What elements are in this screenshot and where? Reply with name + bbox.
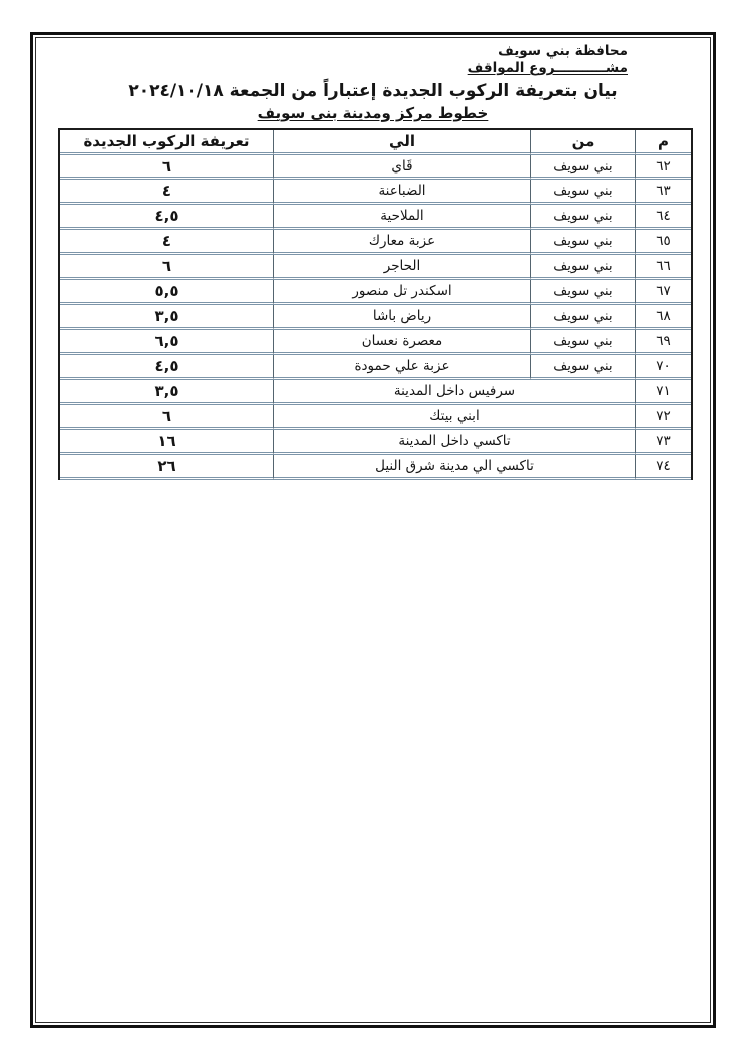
route-cell: ابني بيتك xyxy=(273,405,635,430)
fare-cell: ٣,٥ xyxy=(60,380,273,405)
to-cell: عزبة علي حمودة xyxy=(273,355,530,380)
to-cell: رياض باشا xyxy=(273,305,530,330)
from-cell: بني سويف xyxy=(530,230,635,255)
row-number-cell: ٦٢ xyxy=(635,155,691,180)
route-cell: تاكسي الي مدينة شرق النيل xyxy=(273,455,635,480)
to-cell: الحاجر xyxy=(273,255,530,280)
table-row: ٧٢ابني بيتك٦ xyxy=(60,405,691,430)
table-row: ٧٠بني سويفعزبة علي حمودة٤,٥ xyxy=(60,355,691,380)
governorate-name: محافظة بني سويف xyxy=(36,43,628,60)
column-header-to: الي xyxy=(273,130,530,155)
from-cell: بني سويف xyxy=(530,280,635,305)
row-number-cell: ٧٤ xyxy=(635,455,691,480)
fare-cell: ٤,٥ xyxy=(60,205,273,230)
fare-cell: ٦,٥ xyxy=(60,330,273,355)
row-number-cell: ٦٦ xyxy=(635,255,691,280)
row-number-cell: ٦٤ xyxy=(635,205,691,230)
table-row: ٦٨بني سويفرياض باشا٣,٥ xyxy=(60,305,691,330)
row-number-cell: ٦٣ xyxy=(635,180,691,205)
column-header-fare: تعريفة الركوب الجديدة xyxy=(60,130,273,155)
from-cell: بني سويف xyxy=(530,205,635,230)
row-number-cell: ٧٣ xyxy=(635,430,691,455)
table-row: ٦٢بني سويفقَاي٦ xyxy=(60,155,691,180)
fare-cell: ٥,٥ xyxy=(60,280,273,305)
table-row: ٧١سرفيس داخل المدينة٣,٥ xyxy=(60,380,691,405)
fare-cell: ٦ xyxy=(60,155,273,180)
table-row: ٦٤بني سويفالملاحية٤,٥ xyxy=(60,205,691,230)
department-name: مشـــــــــــروع المواقف xyxy=(36,60,628,77)
table-row: ٦٧بني سويفاسكندر تل منصور٥,٥ xyxy=(60,280,691,305)
fare-cell: ٤,٥ xyxy=(60,355,273,380)
fare-table: م من الي تعريفة الركوب الجديدة ٦٢بني سوي… xyxy=(58,128,693,480)
fare-cell: ٤ xyxy=(60,230,273,255)
row-number-cell: ٧٢ xyxy=(635,405,691,430)
table-row: ٦٩بني سويفمعصرة نعسان٦,٥ xyxy=(60,330,691,355)
route-cell: تاكسي داخل المدينة xyxy=(273,430,635,455)
from-cell: بني سويف xyxy=(530,255,635,280)
fare-cell: ٦ xyxy=(60,405,273,430)
to-cell: الملاحية xyxy=(273,205,530,230)
route-cell: سرفيس داخل المدينة xyxy=(273,380,635,405)
table-row: ٦٦بني سويفالحاجر٦ xyxy=(60,255,691,280)
row-number-cell: ٦٩ xyxy=(635,330,691,355)
row-number-cell: ٧١ xyxy=(635,380,691,405)
from-cell: بني سويف xyxy=(530,155,635,180)
table-row: ٧٤تاكسي الي مدينة شرق النيل٢٦ xyxy=(60,455,691,480)
column-header-from: من xyxy=(530,130,635,155)
to-cell: عزبة معارك xyxy=(273,230,530,255)
document-subtitle: خطوط مركز ومدينة بنى سويف xyxy=(36,104,710,122)
page-border-frame: محافظة بني سويف مشـــــــــــروع المواقف… xyxy=(30,32,716,1028)
from-cell: بني سويف xyxy=(530,355,635,380)
fare-cell: ٣,٥ xyxy=(60,305,273,330)
letterhead: محافظة بني سويف مشـــــــــــروع المواقف xyxy=(36,43,710,77)
document-title: بيان بتعريفة الركوب الجديدة إعتباراً من … xyxy=(36,81,710,101)
document-page: محافظة بني سويف مشـــــــــــروع المواقف… xyxy=(35,37,711,1023)
table-row: ٦٥بني سويفعزبة معارك٤ xyxy=(60,230,691,255)
table-row: ٦٣بني سويفالضباعنة٤ xyxy=(60,180,691,205)
table-row: ٧٣تاكسي داخل المدينة١٦ xyxy=(60,430,691,455)
row-number-cell: ٦٧ xyxy=(635,280,691,305)
fare-cell: ١٦ xyxy=(60,430,273,455)
row-number-cell: ٦٥ xyxy=(635,230,691,255)
to-cell: قَاي xyxy=(273,155,530,180)
to-cell: الضباعنة xyxy=(273,180,530,205)
fare-cell: ٤ xyxy=(60,180,273,205)
from-cell: بني سويف xyxy=(530,330,635,355)
table-header-row: م من الي تعريفة الركوب الجديدة xyxy=(60,130,691,155)
row-number-cell: ٦٨ xyxy=(635,305,691,330)
from-cell: بني سويف xyxy=(530,305,635,330)
to-cell: معصرة نعسان xyxy=(273,330,530,355)
fare-cell: ٦ xyxy=(60,255,273,280)
fare-cell: ٢٦ xyxy=(60,455,273,480)
row-number-cell: ٧٠ xyxy=(635,355,691,380)
column-header-number: م xyxy=(635,130,691,155)
to-cell: اسكندر تل منصور xyxy=(273,280,530,305)
from-cell: بني سويف xyxy=(530,180,635,205)
